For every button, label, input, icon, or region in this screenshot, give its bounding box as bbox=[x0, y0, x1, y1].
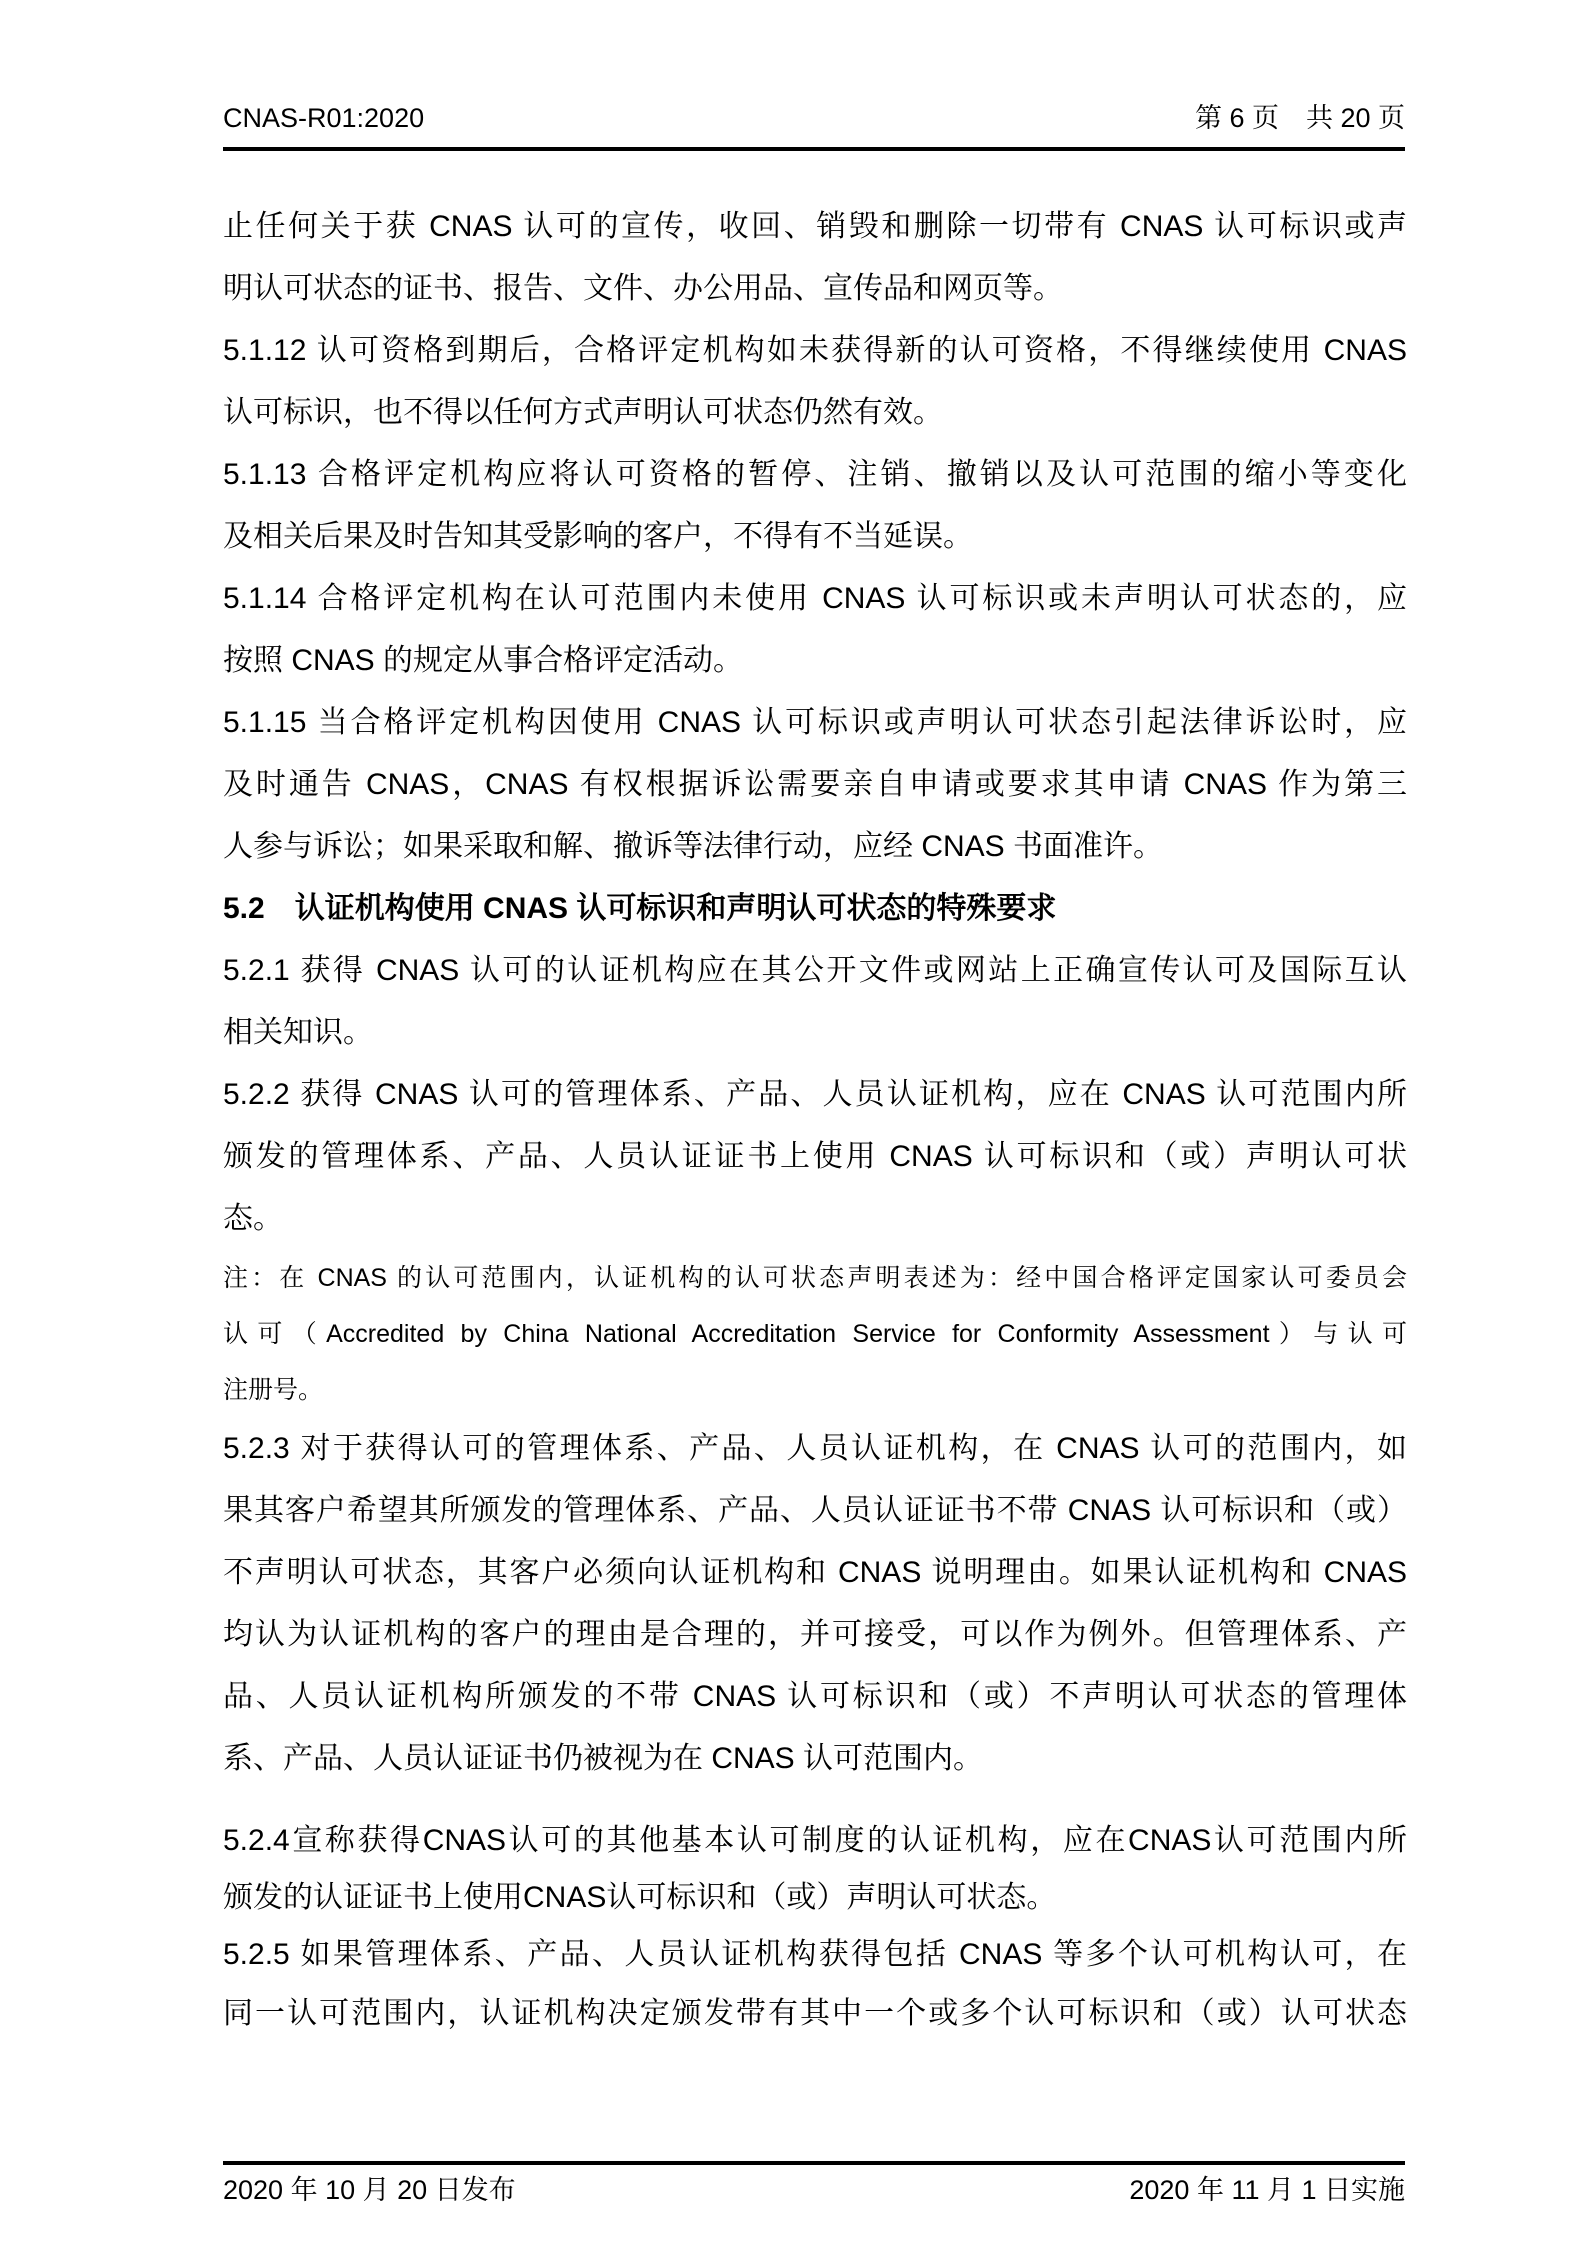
heading-5-2: 5.2 认证机构使用 CNAS 认可标识和声明认可状态的特殊要求 bbox=[223, 878, 1407, 940]
clause-5-2-3-line-2: 果其客户希望其所颁发的管理体系、产品、人员认证证书不带 CNAS 认可标识和（或… bbox=[223, 1480, 1407, 1542]
clause-5-2-3-line-6: 系、产品、人员认证证书仍被视为在 CNAS 认可范围内。 bbox=[223, 1728, 1407, 1790]
clause-5-2-3-line-1: 5.2.3 对于获得认可的管理体系、产品、人员认证机构，在 CNAS 认可的范围… bbox=[223, 1418, 1407, 1480]
clause-5-2-3-line-5: 品、人员认证机构所颁发的不带 CNAS 认可标识和（或）不声明认可状态的管理体 bbox=[223, 1666, 1407, 1728]
header-doc-code: CNAS-R01:2020 bbox=[223, 101, 424, 135]
clause-5-2-1-line-1: 5.2.1 获得 CNAS 认可的认证机构应在其公开文件或网站上正确宣传认可及国… bbox=[223, 940, 1407, 1002]
clause-5-1-15-line-2: 及时通告 CNAS，CNAS 有权根据诉讼需要亲自申请或要求其申请 CNAS 作… bbox=[223, 754, 1407, 816]
footer-rule bbox=[223, 2161, 1405, 2165]
clause-5-1-13-line-2: 及相关后果及时告知其受影响的客户，不得有不当延误。 bbox=[223, 506, 1407, 568]
document-body: 止任何关于获 CNAS 认可的宣传，收回、销毁和删除一切带有 CNAS 认可标识… bbox=[223, 196, 1407, 2045]
clause-5-1-15-line-1: 5.1.15 当合格评定机构因使用 CNAS 认可标识或声明认可状态引起法律诉讼… bbox=[223, 692, 1407, 754]
clause-5-2-3-line-4: 均认为认证机构的客户的理由是合理的，并可接受，可以作为例外。但管理体系、产 bbox=[223, 1604, 1407, 1666]
clause-5-2-3-line-3: 不声明认可状态，其客户必须向认证机构和 CNAS 说明理由。如果认证机构和 CN… bbox=[223, 1542, 1407, 1604]
clause-5-1-15-line-3: 人参与诉讼；如果采取和解、撤诉等法律行动，应经 CNAS 书面准许。 bbox=[223, 816, 1407, 878]
note-line-1: 注：在 CNAS 的认可范围内，认证机构的认可状态声明表述为：经中国合格评定国家… bbox=[223, 1250, 1407, 1306]
clause-5-2-2-line-3: 态。 bbox=[223, 1188, 1407, 1250]
clause-5-2-4-line-2: 颁发的认证证书上使用CNAS认可标识和（或）声明认可状态。 bbox=[223, 1869, 1407, 1926]
clause-5-1-14-line-2: 按照 CNAS 的规定从事合格评定活动。 bbox=[223, 630, 1407, 692]
header-page-number: 第 6 页 共 20 页 bbox=[1195, 101, 1405, 135]
clause-5-2-5-line-2: 同一认可范围内，认证机构决定颁发带有其中一个或多个认可标识和（或）认可状态 bbox=[223, 1983, 1407, 2045]
clause-5-2-2-line-2: 颁发的管理体系、产品、人员认证证书上使用 CNAS 认可标识和（或）声明认可状 bbox=[223, 1126, 1407, 1188]
document-page: CNAS-R01:2020 第 6 页 共 20 页 止任何关于获 CNAS 认… bbox=[0, 0, 1587, 2245]
clause-5-2-1-line-2: 相关知识。 bbox=[223, 1002, 1407, 1064]
clause-5-1-12-line-2: 认可标识，也不得以任何方式声明认可状态仍然有效。 bbox=[223, 382, 1407, 444]
clause-5-1-13-line-1: 5.1.13 合格评定机构应将认可资格的暂停、注销、撤销以及认可范围的缩小等变化 bbox=[223, 444, 1407, 506]
header-rule bbox=[223, 147, 1405, 151]
clause-5-1-12-line-1: 5.1.12 认可资格到期后，合格评定机构如未获得新的认可资格，不得继续使用 C… bbox=[223, 320, 1407, 382]
footer-implement-date: 2020 年 11 月 1 日实施 bbox=[1129, 2173, 1405, 2207]
note-line-3: 注册号。 bbox=[223, 1362, 1407, 1418]
carryover-line-2: 明认可状态的证书、报告、文件、办公用品、宣传品和网页等。 bbox=[223, 258, 1407, 320]
clause-5-2-4-line-1: 5.2.4宣称获得CNAS认可的其他基本认可制度的认证机构，应在CNAS认可范围… bbox=[223, 1812, 1407, 1869]
clause-5-1-14-line-1: 5.1.14 合格评定机构在认可范围内未使用 CNAS 认可标识或未声明认可状态… bbox=[223, 568, 1407, 630]
carryover-line-1: 止任何关于获 CNAS 认可的宣传，收回、销毁和删除一切带有 CNAS 认可标识… bbox=[223, 196, 1407, 258]
clause-5-2-5-line-1: 5.2.5 如果管理体系、产品、人员认证机构获得包括 CNAS 等多个认可机构认… bbox=[223, 1926, 1407, 1983]
footer-issue-date: 2020 年 10 月 20 日发布 bbox=[223, 2173, 516, 2207]
note-line-2: 认可（Accredited by China National Accredit… bbox=[223, 1306, 1407, 1362]
clause-5-2-2-line-1: 5.2.2 获得 CNAS 认可的管理体系、产品、人员认证机构，应在 CNAS … bbox=[223, 1064, 1407, 1126]
